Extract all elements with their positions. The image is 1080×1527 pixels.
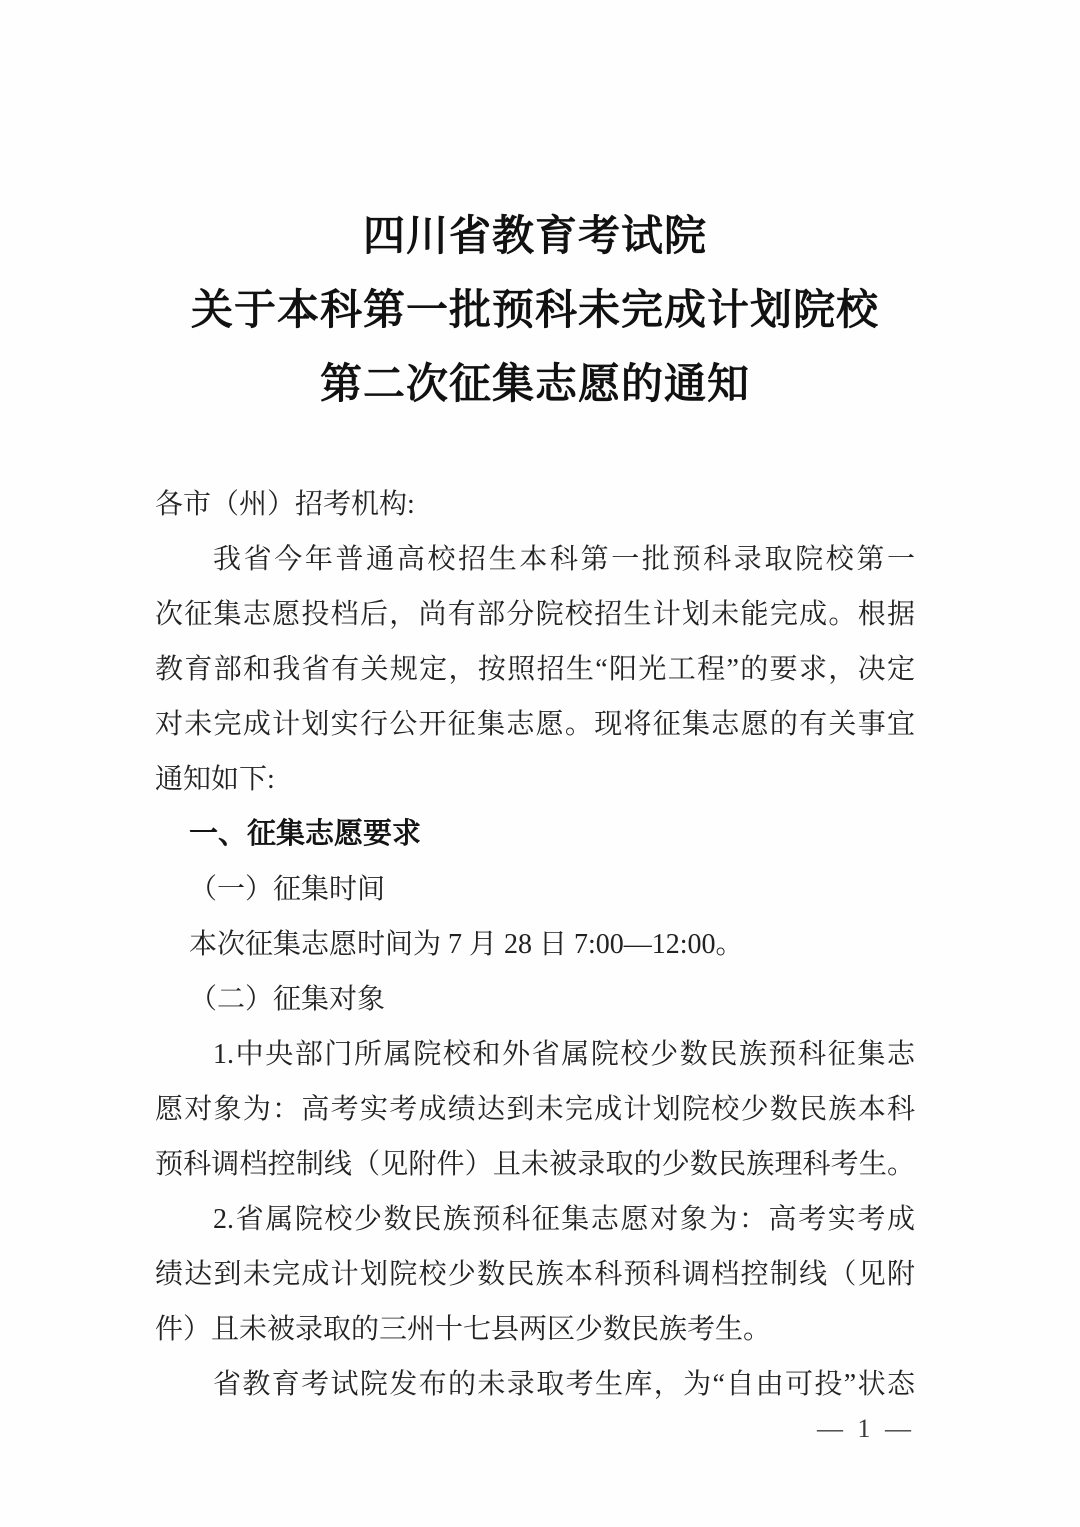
title-block: 四川省教育考试院 关于本科第一批预科未完成计划院校 第二次征集志愿的通知 (155, 200, 915, 422)
subsection-heading-1: （一）征集时间 (155, 862, 915, 917)
body-line-time: 本次征集志愿时间为 7 月 28 日 7:00—12:00。 (155, 917, 915, 972)
document-title-line-2: 关于本科第一批预科未完成计划院校 (155, 274, 915, 348)
document-title-line-3: 第二次征集志愿的通知 (155, 348, 915, 422)
body-line: 预科调档控制线（见附件）且未被录取的少数民族理科考生。 (155, 1137, 915, 1192)
body-line: 2.省属院校少数民族预科征集志愿对象为：高考实考成 (155, 1192, 915, 1247)
document-body: 各市（州）招考机构: 我省今年普通高校招生本科第一批预科录取院校第一 次征集志愿… (155, 477, 915, 1412)
body-line: 1.中央部门所属院校和外省属院校少数民族预科征集志 (155, 1027, 915, 1082)
body-line: 对未完成计划实行公开征集志愿。现将征集志愿的有关事宜 (155, 697, 915, 752)
section-heading-1: 一、征集志愿要求 (155, 807, 915, 862)
document-title-line-1: 四川省教育考试院 (155, 200, 915, 274)
body-line: 次征集志愿投档后，尚有部分院校招生计划未能完成。根据 (155, 587, 915, 642)
body-line: 通知如下: (155, 752, 915, 807)
body-line: 绩达到未完成计划院校少数民族本科预科调档控制线（见附 (155, 1247, 915, 1302)
body-line: 省教育考试院发布的未录取考生库，为“自由可投”状态 (155, 1357, 915, 1412)
body-line: 我省今年普通高校招生本科第一批预科录取院校第一 (155, 532, 915, 587)
salutation-line: 各市（州）招考机构: (155, 477, 915, 532)
body-line: 件）且未被录取的三州十七县两区少数民族考生。 (155, 1302, 915, 1357)
body-line: 愿对象为：高考实考成绩达到未完成计划院校少数民族本科 (155, 1082, 915, 1137)
subsection-heading-2: （二）征集对象 (155, 972, 915, 1027)
body-line: 教育部和我省有关规定，按照招生“阳光工程”的要求，决定 (155, 642, 915, 697)
document-page: 四川省教育考试院 关于本科第一批预科未完成计划院校 第二次征集志愿的通知 各市（… (0, 0, 1080, 1527)
page-number: — 1 — (155, 1412, 915, 1446)
